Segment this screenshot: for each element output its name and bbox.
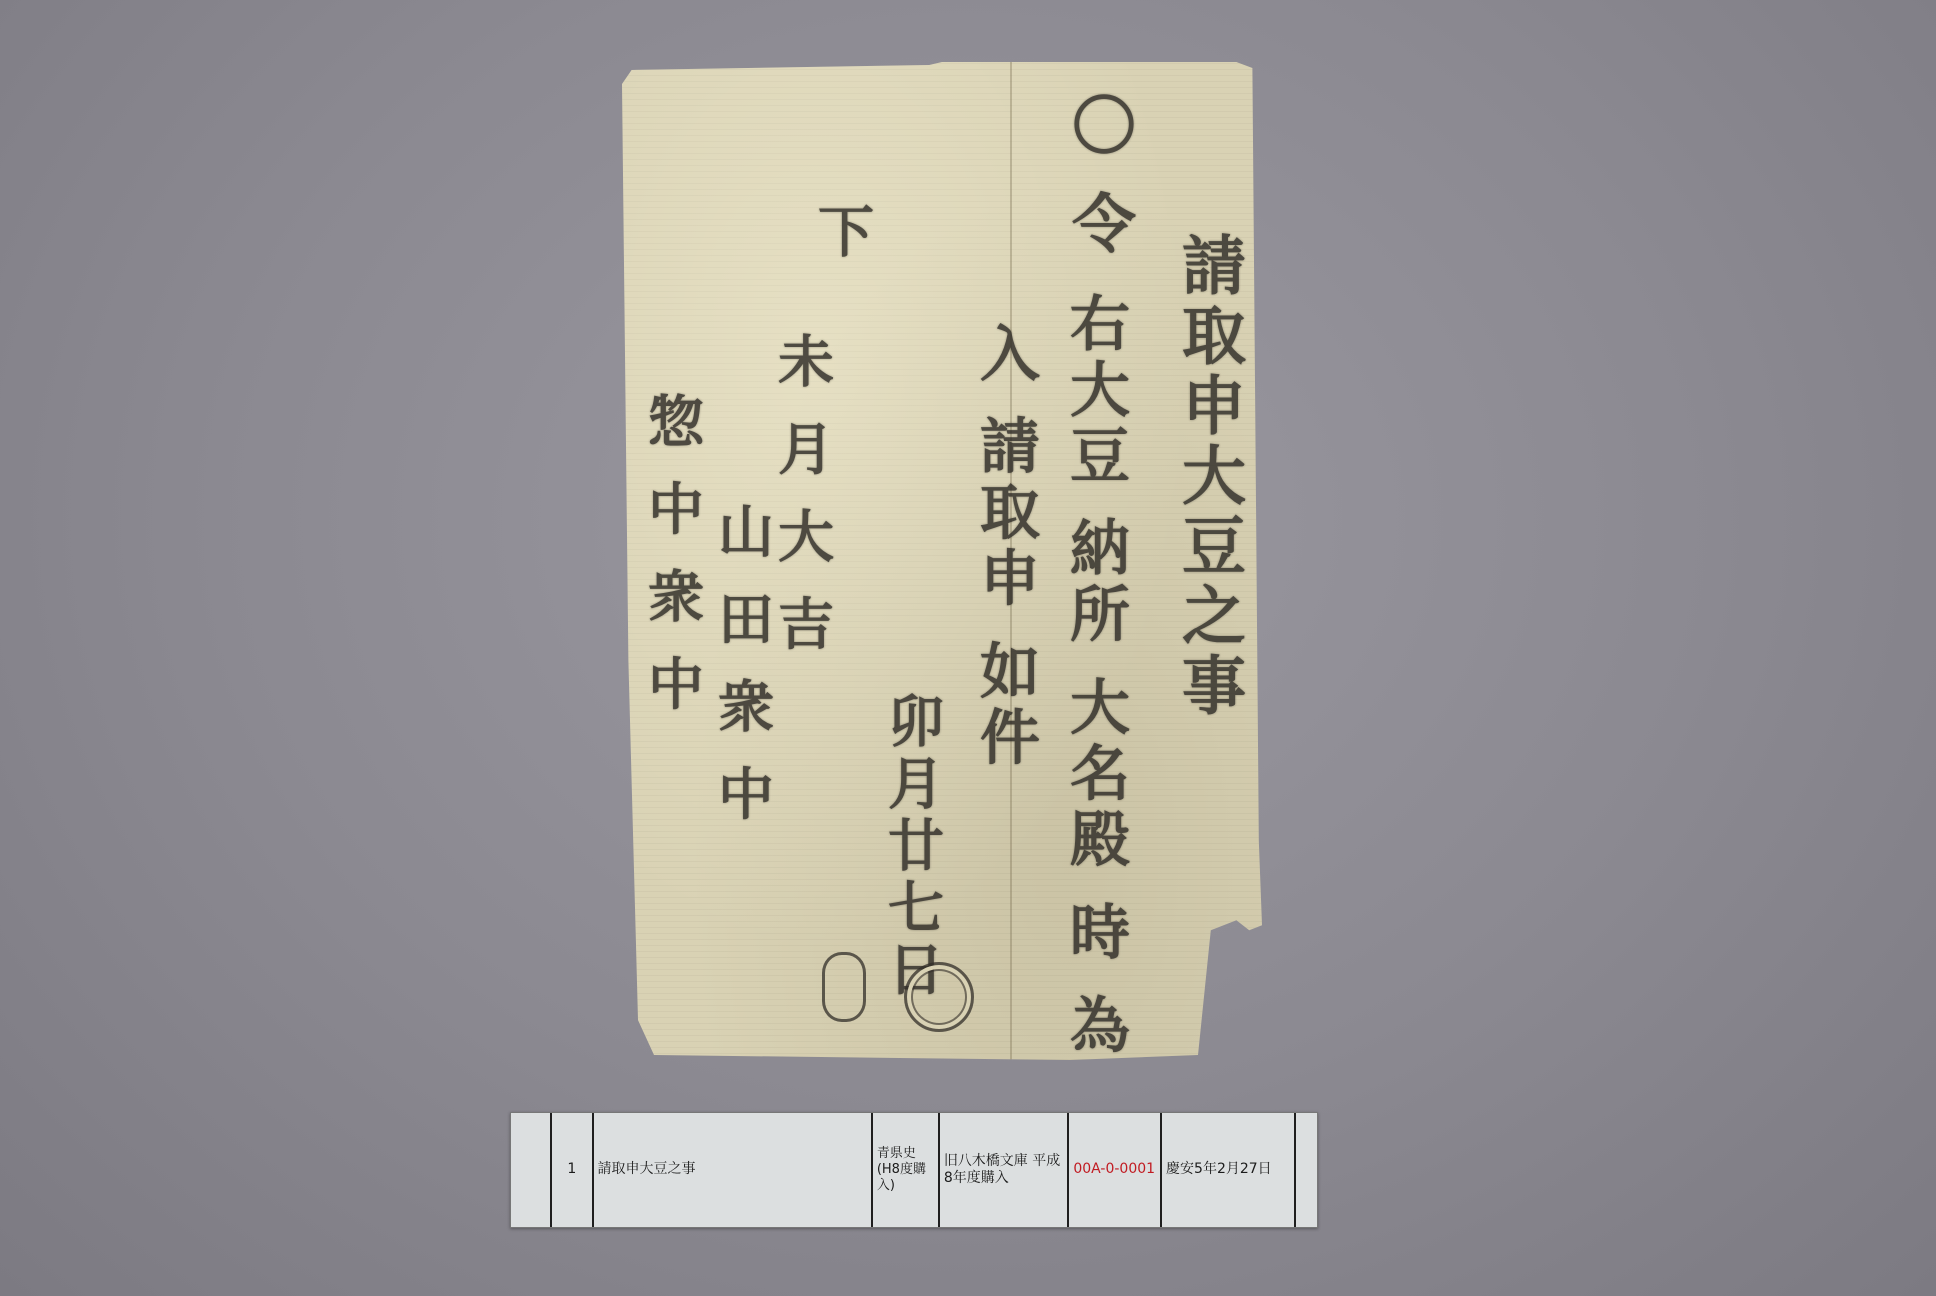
label-blank-right [1296, 1113, 1317, 1227]
catalog-label: 1 請取申大豆之事 青県史(H8度購入) 旧八木橋文庫 平成8年度購入 00A-… [510, 1112, 1318, 1228]
column-body-2: 入 請取申 如件 [962, 322, 1048, 772]
label-source: 旧八木橋文庫 平成8年度購入 [940, 1113, 1070, 1227]
column-recipient-1: 山 田 衆 中 [702, 502, 782, 827]
label-title: 請取申大豆之事 [594, 1113, 873, 1227]
label-id: 00A-0-0001 [1069, 1113, 1162, 1227]
archival-document: 〇 令 請取申大豆之事 右大豆 納所 大名殿 時 為 入 請取申 如件 卯月廿七… [622, 62, 1262, 1060]
round-seal [904, 962, 974, 1032]
column-opening: 〇 令 [1052, 92, 1144, 260]
column-recipient-2: 惣 中 衆 中 [632, 392, 712, 717]
column-shita: 下 [802, 202, 882, 264]
column-title: 請取申大豆之事 [1162, 232, 1254, 722]
column-date: 卯月廿七日 [872, 692, 952, 1002]
column-body-1: 右大豆 納所 大名殿 時 為 [1052, 292, 1138, 1060]
label-number: 1 [552, 1113, 593, 1227]
label-date: 慶安5年2月27日 [1162, 1113, 1296, 1227]
oval-seal [822, 952, 866, 1022]
label-collection: 青県史(H8度購入) [873, 1113, 940, 1227]
label-blank-left [511, 1113, 552, 1227]
handwritten-text: 〇 令 請取申大豆之事 右大豆 納所 大名殿 時 為 入 請取申 如件 卯月廿七… [622, 62, 1262, 1060]
